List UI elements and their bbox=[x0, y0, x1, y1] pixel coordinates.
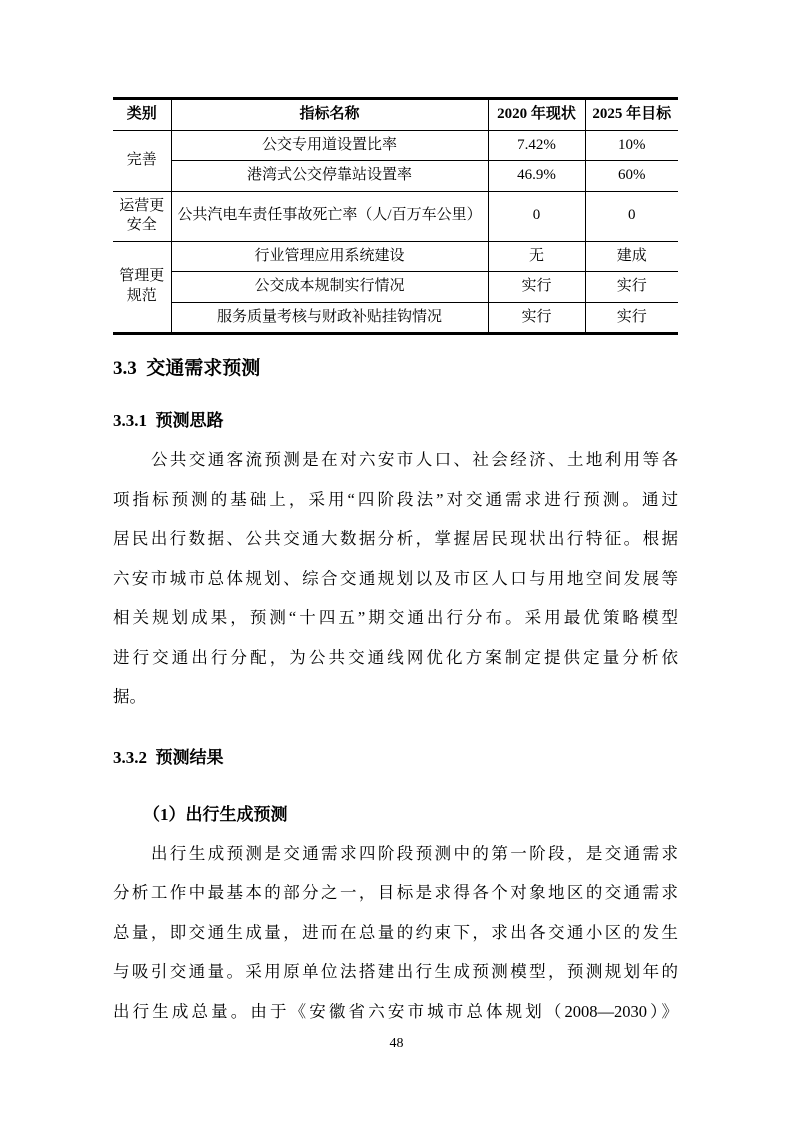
current-value-cell: 0 bbox=[488, 191, 585, 241]
indicator-cell: 服务质量考核与财政补贴挂钩情况 bbox=[171, 302, 488, 334]
paragraph-line: 公共交通客流预测是在对六安市人口、社会经济、土地利用等各 bbox=[113, 440, 678, 480]
paragraph-line: 项指标预测的基础上，采用“四阶段法”对交通需求进行预测。通过 bbox=[113, 480, 678, 520]
current-value-cell: 实行 bbox=[488, 272, 585, 303]
table-row: 管理更规范 行业管理应用系统建设 无 建成 bbox=[113, 241, 678, 272]
paragraph-line: 据。 bbox=[113, 677, 678, 717]
target-value-cell: 实行 bbox=[585, 302, 678, 334]
paragraph-line: 相关规划成果，预测“十四五”期交通出行分布。采用最优策略模型 bbox=[113, 598, 678, 638]
paragraph-line: 与吸引交通量。采用原单位法搭建出行生成预测模型，预测规划年的 bbox=[113, 952, 678, 992]
document-page: 类别 指标名称 2020 年现状 2025 年目标 完善 公交专用道设置比率 7… bbox=[0, 0, 793, 1122]
page-number: 48 bbox=[0, 1036, 793, 1052]
category-cell: 管理更规范 bbox=[113, 241, 171, 334]
indicator-table: 类别 指标名称 2020 年现状 2025 年目标 完善 公交专用道设置比率 7… bbox=[113, 97, 678, 335]
table-header-target: 2025 年目标 bbox=[585, 99, 678, 131]
target-value-cell: 建成 bbox=[585, 241, 678, 272]
section-heading-3-3-2: 3.3.2 预测结果 bbox=[113, 743, 678, 768]
table-row: 运营更安全 公共汽电车责任事故死亡率（人/百万车公里） 0 0 bbox=[113, 191, 678, 241]
indicator-cell: 公共汽电车责任事故死亡率（人/百万车公里） bbox=[171, 191, 488, 241]
target-value-cell: 10% bbox=[585, 130, 678, 161]
current-value-cell: 实行 bbox=[488, 302, 585, 334]
page-content: 类别 指标名称 2020 年现状 2025 年目标 完善 公交专用道设置比率 7… bbox=[113, 97, 678, 1031]
paragraph-trip-generation: 出行生成预测是交通需求四阶段预测中的第一阶段，是交通需求 分析工作中最基本的部分… bbox=[113, 834, 678, 1032]
paragraph-line: 进行交通出行分配，为公共交通线网优化方案制定提供定量分析依 bbox=[113, 638, 678, 678]
paragraph-line: 居民出行数据、公共交通大数据分析，掌握居民现状出行特征。根据 bbox=[113, 519, 678, 559]
current-value-cell: 7.42% bbox=[488, 130, 585, 161]
paragraph-prediction-approach: 公共交通客流预测是在对六安市人口、社会经济、土地利用等各 项指标预测的基础上，采… bbox=[113, 440, 678, 717]
target-value-cell: 实行 bbox=[585, 272, 678, 303]
category-cell: 完善 bbox=[113, 130, 171, 191]
indicator-cell: 行业管理应用系统建设 bbox=[171, 241, 488, 272]
target-value-cell: 60% bbox=[585, 161, 678, 192]
section-heading-3-3-1: 3.3.1 预测思路 bbox=[113, 406, 678, 431]
paragraph-line: 出行生成总量。由于《安徽省六安市城市总体规划（2008—2030）》 bbox=[113, 992, 678, 1032]
table-row: 服务质量考核与财政补贴挂钩情况 实行 实行 bbox=[113, 302, 678, 334]
table-header-row: 类别 指标名称 2020 年现状 2025 年目标 bbox=[113, 99, 678, 131]
subheading-trip-generation: （1）出行生成预测 bbox=[113, 800, 678, 825]
current-value-cell: 46.9% bbox=[488, 161, 585, 192]
table-header-indicator: 指标名称 bbox=[171, 99, 488, 131]
table-header-current: 2020 年现状 bbox=[488, 99, 585, 131]
paragraph-line: 出行生成预测是交通需求四阶段预测中的第一阶段，是交通需求 bbox=[113, 834, 678, 874]
paragraph-line: 总量，即交通生成量，进而在总量的约束下，求出各交通小区的发生 bbox=[113, 913, 678, 953]
current-value-cell: 无 bbox=[488, 241, 585, 272]
target-value-cell: 0 bbox=[585, 191, 678, 241]
indicator-cell: 公交成本规制实行情况 bbox=[171, 272, 488, 303]
indicator-cell: 港湾式公交停靠站设置率 bbox=[171, 161, 488, 192]
table-row: 公交成本规制实行情况 实行 实行 bbox=[113, 272, 678, 303]
paragraph-line: 六安市城市总体规划、综合交通规划以及市区人口与用地空间发展等 bbox=[113, 559, 678, 599]
indicator-cell: 公交专用道设置比率 bbox=[171, 130, 488, 161]
paragraph-line: 分析工作中最基本的部分之一，目标是求得各个对象地区的交通需求 bbox=[113, 873, 678, 913]
table-row: 完善 公交专用道设置比率 7.42% 10% bbox=[113, 130, 678, 161]
section-heading-3-3: 3.3 交通需求预测 bbox=[113, 353, 678, 380]
table-row: 港湾式公交停靠站设置率 46.9% 60% bbox=[113, 161, 678, 192]
table-header-category: 类别 bbox=[113, 99, 171, 131]
category-cell: 运营更安全 bbox=[113, 191, 171, 241]
